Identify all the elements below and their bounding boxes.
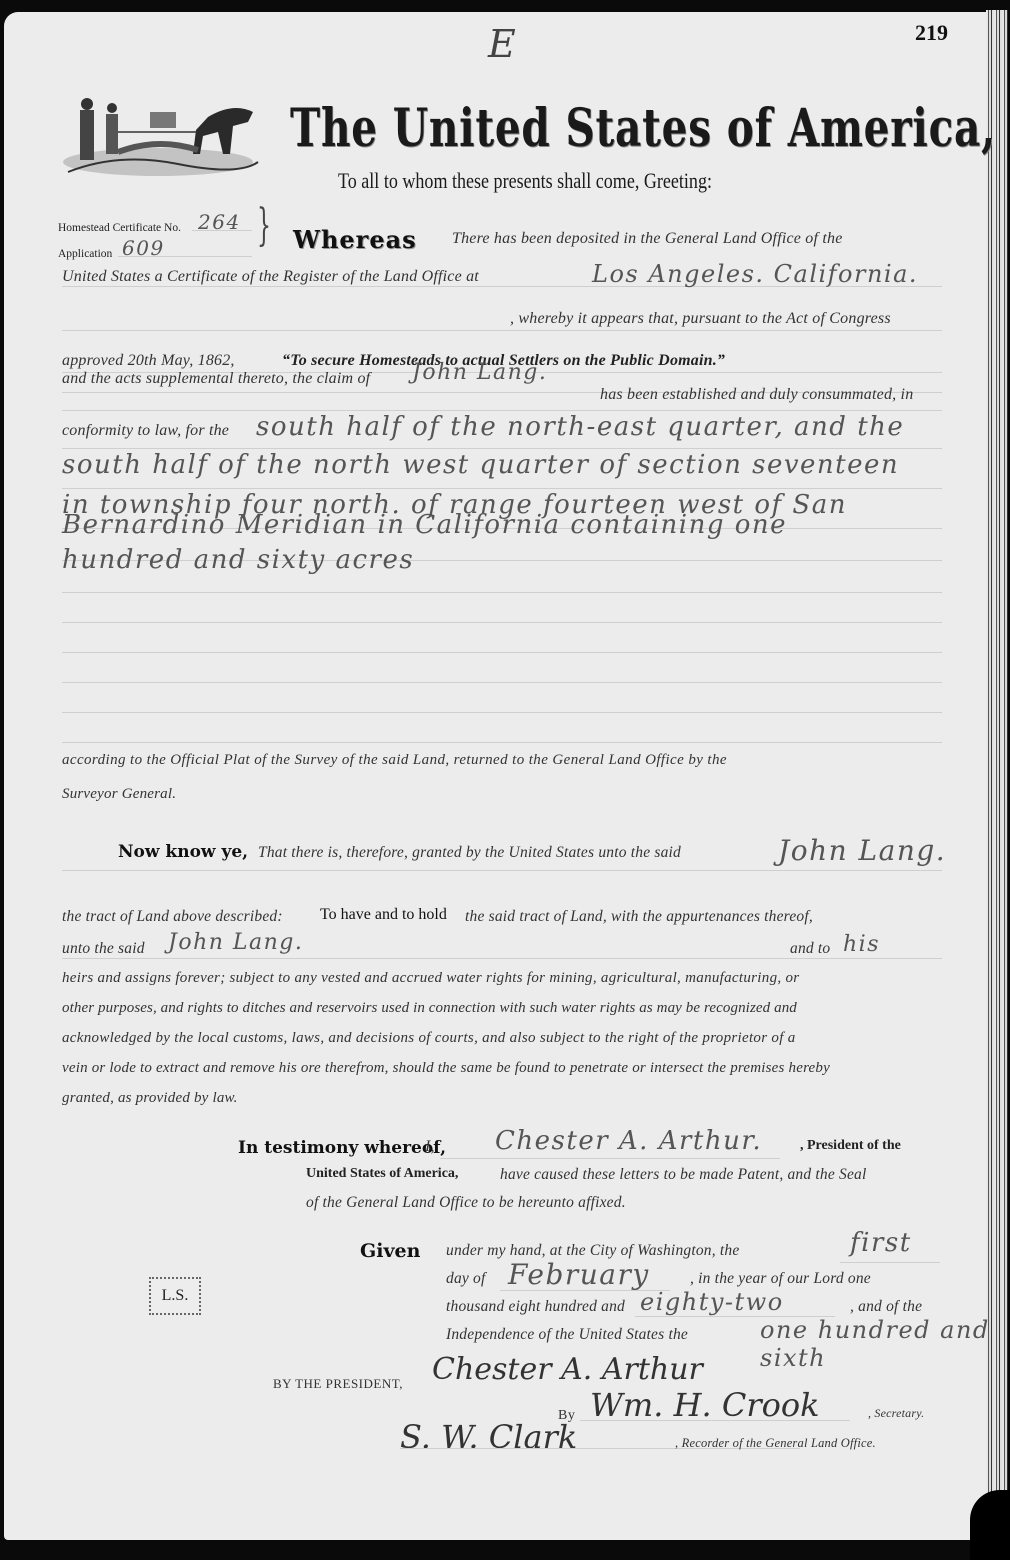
conditions-line-1: heirs and assigns forever; subject to an… (62, 970, 799, 987)
greeting: To all to whom these presents shall come… (338, 168, 712, 194)
to-have-and-to-hold: To have and to hold (320, 906, 447, 924)
whereas-line-7: conformity to law, for the (62, 422, 229, 440)
land-description-line-4: Bernardino Meridian in California contai… (62, 510, 787, 540)
and-of-text: , and of the (850, 1298, 922, 1316)
independence-year: one hundred and sixth (760, 1316, 1010, 1372)
and-to-text: and to (790, 940, 830, 958)
land-description-line-1: south half of the north-east quarter, an… (256, 412, 904, 442)
seal-locus-sigilli: L.S. (149, 1277, 201, 1315)
letter-mark: E (488, 22, 516, 66)
homestead-certificate-label: Homestead Certificate No. (58, 222, 181, 234)
president-of-text: , President of the (800, 1138, 901, 1154)
heirs-pronoun: his (843, 932, 880, 957)
whereas-line-2: United States a Certificate of the Regis… (62, 268, 479, 286)
whereas-heading: Whereas (293, 225, 417, 254)
plat-line-1: according to the Official Plat of the Su… (62, 752, 727, 769)
page-corner-shadow (970, 1490, 1010, 1560)
document-title: The United States of America, (290, 98, 996, 159)
day-of-text: day of (446, 1270, 486, 1288)
conditions-line-2: other purposes, and rights to ditches an… (62, 1000, 797, 1017)
given-month: February (508, 1258, 650, 1291)
hold-text: the said tract of Land, with the appurte… (465, 908, 813, 926)
application-label: Application (58, 248, 112, 260)
whereas-line-3: , whereby it appears that, pursuant to t… (510, 310, 891, 328)
given-year: eighty-two (640, 1288, 784, 1316)
secretary-label: , Secretary. (868, 1406, 924, 1421)
plat-line-2: Surveyor General. (62, 786, 176, 803)
independence-text: Independence of the United States the (446, 1326, 688, 1344)
unto-name: John Lang. (168, 930, 303, 955)
farm-scene-engraving-icon (58, 92, 263, 182)
testimony-pronoun: I, (425, 1138, 435, 1156)
whereas-line-1: There has been deposited in the General … (452, 230, 843, 248)
unto-text: unto the said (62, 940, 145, 958)
whereas-line-6: has been established and duly consummate… (600, 386, 913, 404)
grant-text: That there is, therefore, granted by the… (258, 844, 681, 862)
thousand-text: thousand eight hundred and (446, 1298, 625, 1316)
claimant-name: John Lang. (412, 360, 547, 385)
grantee-name: John Lang. (778, 834, 946, 867)
brace-icon: } (257, 200, 271, 251)
now-know-ye-heading: Now know ye, (118, 842, 248, 862)
testimony-heading: In testimony whereof, (238, 1138, 446, 1158)
usa-text: United States of America, (306, 1166, 458, 1182)
land-office-location: Los Angeles. California. (592, 260, 918, 288)
land-description-line-2: south half of the north west quarter of … (62, 450, 899, 480)
conditions-line-4: vein or lode to extract and remove his o… (62, 1060, 830, 1077)
secretary-signature: Wm. H. Crook (590, 1386, 820, 1424)
given-heading: Given (360, 1240, 420, 1262)
conditions-line-5: granted, as provided by law. (62, 1090, 238, 1107)
by-the-president-label: BY THE PRESIDENT, (273, 1376, 403, 1392)
whereas-line-5: and the acts supplemental thereto, the c… (62, 370, 370, 388)
book-binding-edge (986, 10, 1008, 1540)
page-number: 219 (915, 20, 948, 46)
president-name: Chester A. Arthur. (495, 1126, 762, 1156)
tract-described-text: the tract of Land above described: (62, 908, 283, 926)
recorder-signature: S. W. Clark (400, 1418, 577, 1456)
testimony-line-3: of the General Land Office to be hereunt… (306, 1194, 626, 1212)
testimony-line-2: have caused these letters to be made Pat… (500, 1166, 867, 1184)
conditions-line-3: acknowledged by the local customs, laws,… (62, 1030, 796, 1047)
whereas-line-4: approved 20th May, 1862, (62, 352, 235, 370)
land-description-line-5: hundred and sixty acres (62, 545, 414, 575)
given-day: first (850, 1228, 912, 1258)
year-of-lord-text: , in the year of our Lord one (690, 1270, 871, 1288)
president-signature: Chester A. Arthur (432, 1352, 703, 1387)
seal-label: L.S. (162, 1287, 189, 1305)
recorder-label: , Recorder of the General Land Office. (675, 1436, 876, 1451)
